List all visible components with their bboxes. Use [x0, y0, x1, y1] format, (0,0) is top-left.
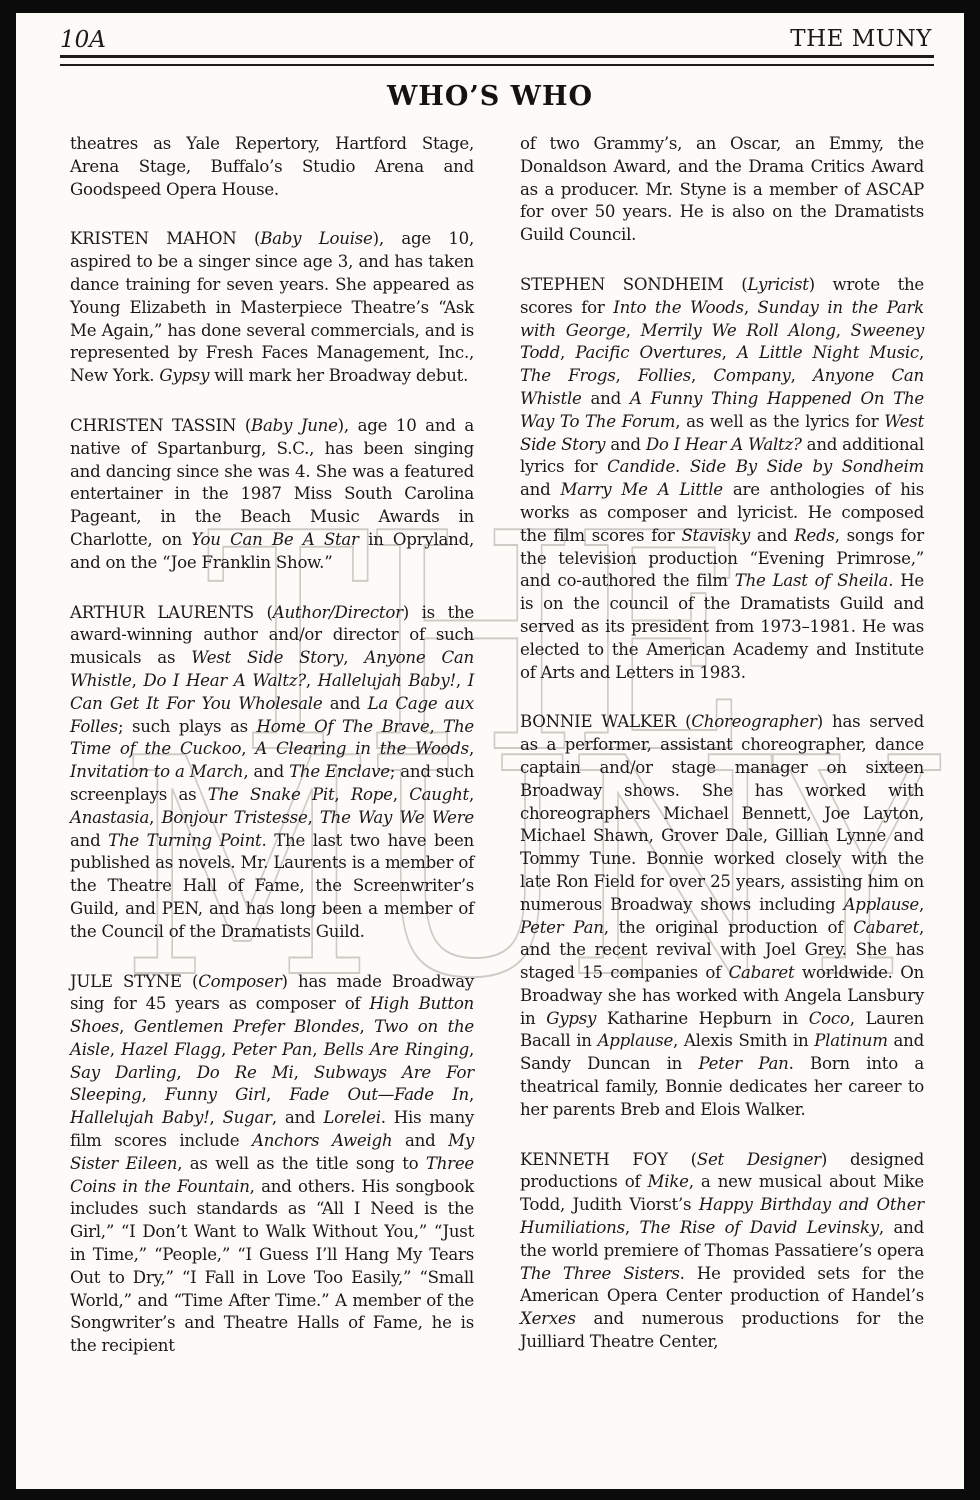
text-run: Cabaret: [853, 918, 919, 937]
scan-border-left: [0, 0, 16, 1500]
text-run: ,: [110, 1040, 121, 1059]
text-run: Hallelujah Baby!: [318, 671, 456, 690]
text-run: BONNIE WALKER (: [520, 712, 691, 731]
text-run: ,: [221, 1040, 232, 1059]
text-run: ,: [722, 343, 737, 362]
text-run: Katharine Hepburn in: [596, 1009, 809, 1028]
text-run: A Clearing in the Woods: [255, 739, 469, 758]
text-run: ,: [359, 1017, 374, 1036]
text-run: Lorelei: [323, 1108, 380, 1127]
text-run: Sugar: [223, 1108, 272, 1127]
scan-border-bottom: [0, 1489, 980, 1500]
text-run: ,: [210, 1108, 223, 1127]
text-run: Hazel Flagg: [121, 1040, 221, 1059]
continued-paragraph-theatres: theatres as Yale Repertory, Hartford Sta…: [70, 133, 474, 201]
program-page: 10A THE MUNY WHO’S WHO THE MUNY theatres…: [16, 13, 964, 1490]
text-run: ,: [626, 321, 641, 340]
text-run: ,: [149, 808, 161, 827]
text-run: Peter Pan: [232, 1040, 312, 1059]
publication-title: THE MUNY: [790, 26, 932, 52]
text-run: will mark her Broadway debut.: [209, 366, 468, 385]
text-run: Choreographer: [691, 712, 816, 731]
text-run: , and: [272, 1108, 323, 1127]
text-run: ,: [266, 1085, 289, 1104]
text-run: Rope: [351, 785, 393, 804]
text-run: ,: [241, 739, 255, 758]
text-run: Hallelujah Baby!: [70, 1108, 210, 1127]
text-run: The Snake Pit: [208, 785, 335, 804]
text-run: ,: [560, 343, 575, 362]
bio-stephen-sondheim: STEPHEN SONDHEIM (Lyricist) wrote the sc…: [520, 274, 924, 684]
text-run: Platinum: [814, 1031, 887, 1050]
text-run: Do I Hear A Waltz?: [143, 671, 306, 690]
text-run: A Little Night Music: [737, 343, 919, 362]
text-run: ,: [343, 648, 364, 667]
right-column: of two Grammy’s, an Oscar, an Emmy, the …: [520, 133, 924, 1381]
text-run: Candide: [607, 457, 675, 476]
text-run: Set Designer: [697, 1150, 821, 1169]
text-run: ,: [919, 343, 924, 362]
bio-jule-styne: JULE STYNE (Composer) has made Broadway …: [70, 971, 474, 1359]
text-run: Company: [713, 366, 790, 385]
text-run: ,: [119, 1017, 134, 1036]
text-run: Peter Pan: [520, 918, 604, 937]
text-run: Say Darling: [70, 1063, 176, 1082]
text-run: ,: [294, 1063, 314, 1082]
text-run: Caught: [409, 785, 469, 804]
text-run: Do Re Mi: [197, 1063, 294, 1082]
text-run: , as well as the title song to: [177, 1154, 426, 1173]
text-run: , and others. His songbook includes such…: [70, 1177, 474, 1356]
text-run: ,: [306, 671, 318, 690]
text-run: and: [70, 831, 108, 850]
text-run: ,: [393, 785, 409, 804]
text-run: ), age 10, aspired to be a singer since …: [70, 229, 474, 385]
text-run: ,: [469, 785, 474, 804]
text-run: The Rise of David Levinsky: [640, 1218, 879, 1237]
text-run: ) has served as a performer, assistant c…: [520, 712, 924, 913]
text-run: Reds: [794, 526, 834, 545]
text-run: and: [605, 435, 646, 454]
text-run: Baby June: [251, 416, 338, 435]
bio-kenneth-foy: KENNETH FOY (Set Designer) designed prod…: [520, 1149, 924, 1354]
text-run: Anastasia: [70, 808, 149, 827]
bio-kristen-mahon: KRISTEN MAHON (Baby Louise), age 10, asp…: [70, 228, 474, 388]
bio-christen-tassin: CHRISTEN TASSIN (Baby June), age 10 and …: [70, 415, 474, 575]
text-run: Coco: [809, 1009, 850, 1028]
bio-jule-styne-continued: of two Grammy’s, an Oscar, an Emmy, the …: [520, 133, 924, 247]
text-run: Merrily We Roll Along: [641, 321, 836, 340]
text-run: ,: [625, 1218, 640, 1237]
text-run: Gentlemen Prefer Blondes: [134, 1017, 360, 1036]
text-run: ,: [919, 895, 924, 914]
text-run: Funny Girl: [165, 1085, 266, 1104]
text-run: The Frogs: [520, 366, 616, 385]
page-title: WHO’S WHO: [16, 81, 964, 112]
text-run: Bonjour Tristesse: [161, 808, 307, 827]
text-run: and: [750, 526, 794, 545]
text-run: and: [322, 694, 367, 713]
text-run: Home Of The Brave: [257, 717, 430, 736]
left-column: theatres as Yale Repertory, Hartford Sta…: [70, 133, 474, 1385]
text-run: ,: [308, 808, 320, 827]
text-run: ,: [616, 366, 638, 385]
text-run: JULE STYNE (: [70, 972, 198, 991]
text-run: Baby Louise: [260, 229, 372, 248]
text-run: CHRISTEN TASSIN (: [70, 416, 251, 435]
text-run: Author/Director: [273, 603, 403, 622]
text-run: ; such plays as: [118, 717, 256, 736]
text-run: Marry Me A Little: [561, 480, 723, 499]
text-run: West Side Story: [191, 648, 343, 667]
text-run: of two Grammy’s, an Oscar, an Emmy, the …: [520, 134, 924, 244]
text-run: KRISTEN MAHON (: [70, 229, 260, 248]
text-run: KENNETH FOY (: [520, 1150, 697, 1169]
text-run: and numerous productions for the Juillia…: [520, 1309, 924, 1351]
text-run: Composer: [198, 972, 281, 991]
scanned-program-page: { "header": { "page_number": "10A", "pub…: [0, 0, 980, 1500]
text-run: The Way We Were: [320, 808, 474, 827]
text-run: ,: [176, 1063, 196, 1082]
text-run: ,: [142, 1085, 165, 1104]
text-run: ,: [430, 717, 444, 736]
text-run: The Enclave: [289, 762, 390, 781]
text-run: Fade Out—Fade In: [289, 1085, 469, 1104]
text-run: Mike: [648, 1172, 689, 1191]
text-run: STEPHEN SONDHEIM (: [520, 275, 748, 294]
text-run: Invitation to a March: [70, 762, 243, 781]
header-double-rule: [60, 55, 934, 66]
text-run: ,: [334, 785, 350, 804]
text-run: and: [392, 1131, 448, 1150]
text-run: The Three Sisters: [520, 1264, 680, 1283]
text-run: ,: [744, 298, 758, 317]
text-run: ,: [132, 671, 144, 690]
bio-arthur-laurents: ARTHUR LAURENTS (Author/Director) is the…: [70, 602, 474, 944]
text-run: , and: [243, 762, 289, 781]
bio-bonnie-walker: BONNIE WALKER (Choreographer) has served…: [520, 711, 924, 1121]
text-run: and: [520, 480, 561, 499]
text-run: ,: [469, 739, 474, 758]
text-run: Peter Pan: [699, 1054, 789, 1073]
text-run: Pacific Overtures: [575, 343, 721, 362]
text-run: Stavisky: [681, 526, 750, 545]
text-run: ,: [469, 1040, 474, 1059]
text-run: Into the Woods: [613, 298, 744, 317]
text-run: You Can Be A Star: [191, 530, 358, 549]
scan-border-top: [0, 0, 980, 13]
text-run: Follies: [638, 366, 691, 385]
text-run: ARTHUR LAURENTS (: [70, 603, 273, 622]
text-run: , the original production of: [604, 918, 854, 937]
text-run: ,: [456, 671, 468, 690]
text-run: Gypsy: [159, 366, 209, 385]
text-run: ,: [836, 321, 851, 340]
text-run: Bells Are Ringing: [324, 1040, 469, 1059]
text-run: ,: [312, 1040, 323, 1059]
scan-border-right: [964, 0, 980, 1500]
text-run: , Alexis Smith in: [673, 1031, 814, 1050]
text-run: Cabaret: [729, 963, 795, 982]
text-run: .: [675, 457, 690, 476]
text-run: Applause: [844, 895, 919, 914]
text-run: Xerxes: [520, 1309, 576, 1328]
text-run: and: [582, 389, 630, 408]
text-run: Gypsy: [546, 1009, 596, 1028]
text-run: ,: [691, 366, 713, 385]
text-run: Applause: [598, 1031, 673, 1050]
text-run: , as well as the lyrics for: [675, 412, 884, 431]
text-run: Lyricist: [748, 275, 809, 294]
text-run: The Last of Sheila: [735, 571, 888, 590]
text-run: Do I Hear A Waltz?: [646, 435, 802, 454]
text-run: Anchors Aweigh: [252, 1131, 392, 1150]
text-run: ,: [469, 1085, 474, 1104]
text-run: The Turning Point: [108, 831, 261, 850]
text-run: ,: [791, 366, 813, 385]
page-number: 10A: [60, 27, 106, 53]
text-run: theatres as Yale Repertory, Hartford Sta…: [70, 134, 474, 199]
text-run: Side By Side by Sondheim: [690, 457, 924, 476]
